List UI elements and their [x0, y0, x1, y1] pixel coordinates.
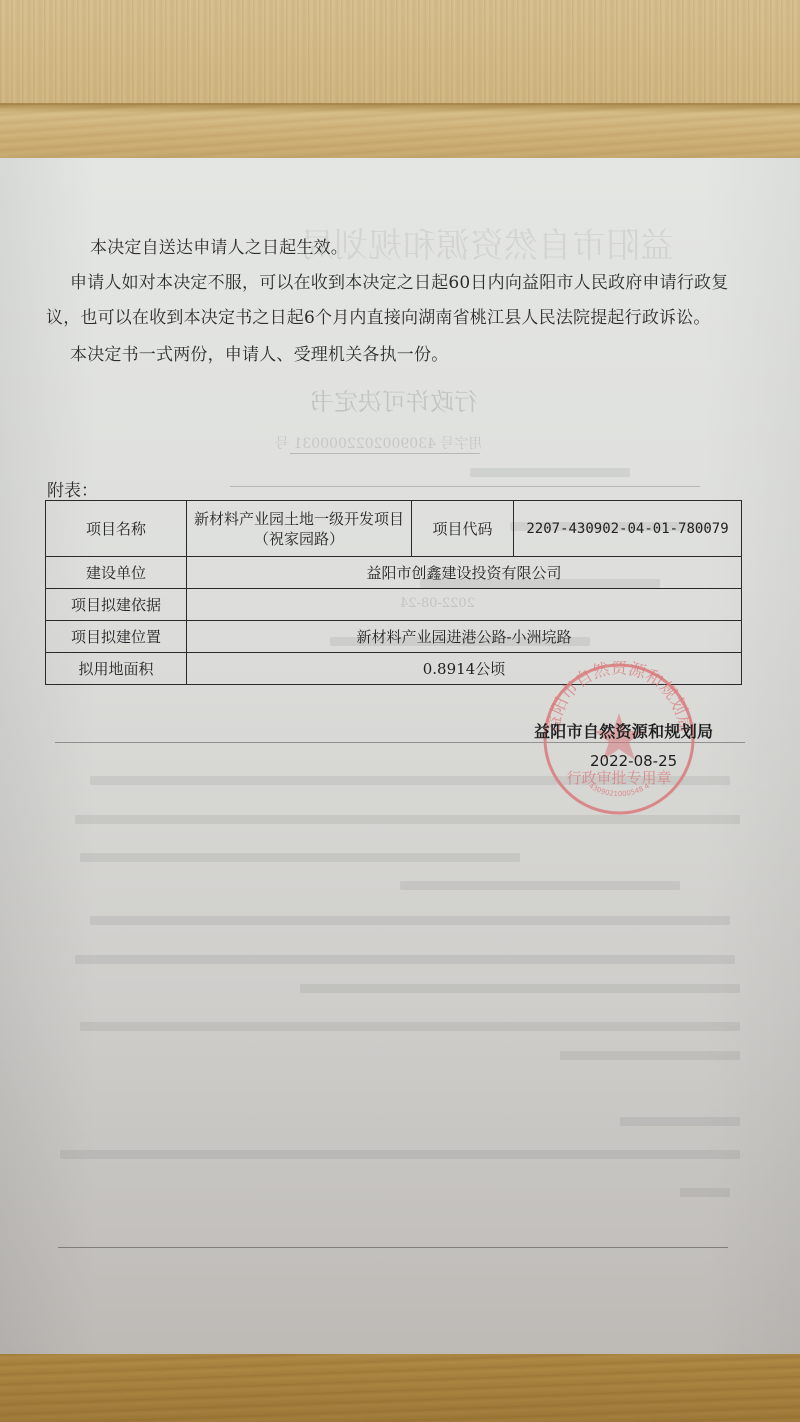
wood-surface-bottom — [0, 1354, 800, 1422]
issuing-organization: 益阳市自然资源和规划局 — [534, 719, 713, 742]
location-label: 项目拟建位置 — [46, 621, 187, 653]
project-name-value: 新材料产业园土地一级开发项目 （祝家园路） — [187, 501, 412, 557]
effective-clause: 本决定自送达申请人之日起生效。 — [90, 233, 348, 258]
table-row: 建设单位 益阳市创鑫建设投资有限公司 — [46, 557, 742, 589]
project-info-table: 项目名称 新材料产业园土地一级开发项目 （祝家园路） 项目代码 2207-430… — [45, 500, 742, 685]
appeal-clause-line1: 申请人如对本决定不服，可以在收到本决定之日起60日内向益阳市人民政府申请行政复 — [70, 268, 728, 293]
builder-value: 益阳市创鑫建设投资有限公司 — [187, 557, 742, 589]
table-row: 项目名称 新材料产业园土地一级开发项目 （祝家园路） 项目代码 2207-430… — [46, 501, 742, 557]
table-row: 项目拟建依据 — [46, 589, 742, 621]
basis-value — [187, 589, 742, 621]
builder-label: 建设单位 — [46, 557, 187, 589]
bleed-through-header: 益阳市自然资源和规划局 — [300, 218, 674, 267]
area-label: 拟用地面积 — [46, 653, 187, 685]
project-name-label: 项目名称 — [46, 501, 187, 557]
basis-label: 项目拟建依据 — [46, 589, 187, 621]
project-code-value: 2207-430902-04-01-780079 — [514, 501, 742, 557]
location-value: 新材料产业园进港公路-小洲垸路 — [187, 621, 742, 653]
table-row: 项目拟建位置 新材料产业园进港公路-小洲垸路 — [46, 621, 742, 653]
divider-line-bottom — [58, 1247, 728, 1248]
bleed-through-title: 行政许可决定书 — [310, 382, 478, 417]
copies-clause: 本决定书一式两份，申请人、受理机关各执一份。 — [70, 340, 448, 365]
wood-surface-top — [0, 0, 800, 105]
issue-date: 2022-08-25 — [590, 752, 677, 770]
svg-text:行政审批专用章: 行政审批专用章 — [566, 769, 671, 787]
wood-rail — [0, 103, 800, 160]
appeal-clause-line2: 议，也可以在收到本决定书之日起6个月内直接向湖南省桃江县人民法院提起行政诉讼。 — [46, 303, 711, 328]
bleed-through-doc-number: 用字号 4309002022000031 号 — [275, 433, 482, 453]
project-code-label: 项目代码 — [412, 501, 514, 557]
attachment-label: 附表： — [47, 476, 98, 501]
